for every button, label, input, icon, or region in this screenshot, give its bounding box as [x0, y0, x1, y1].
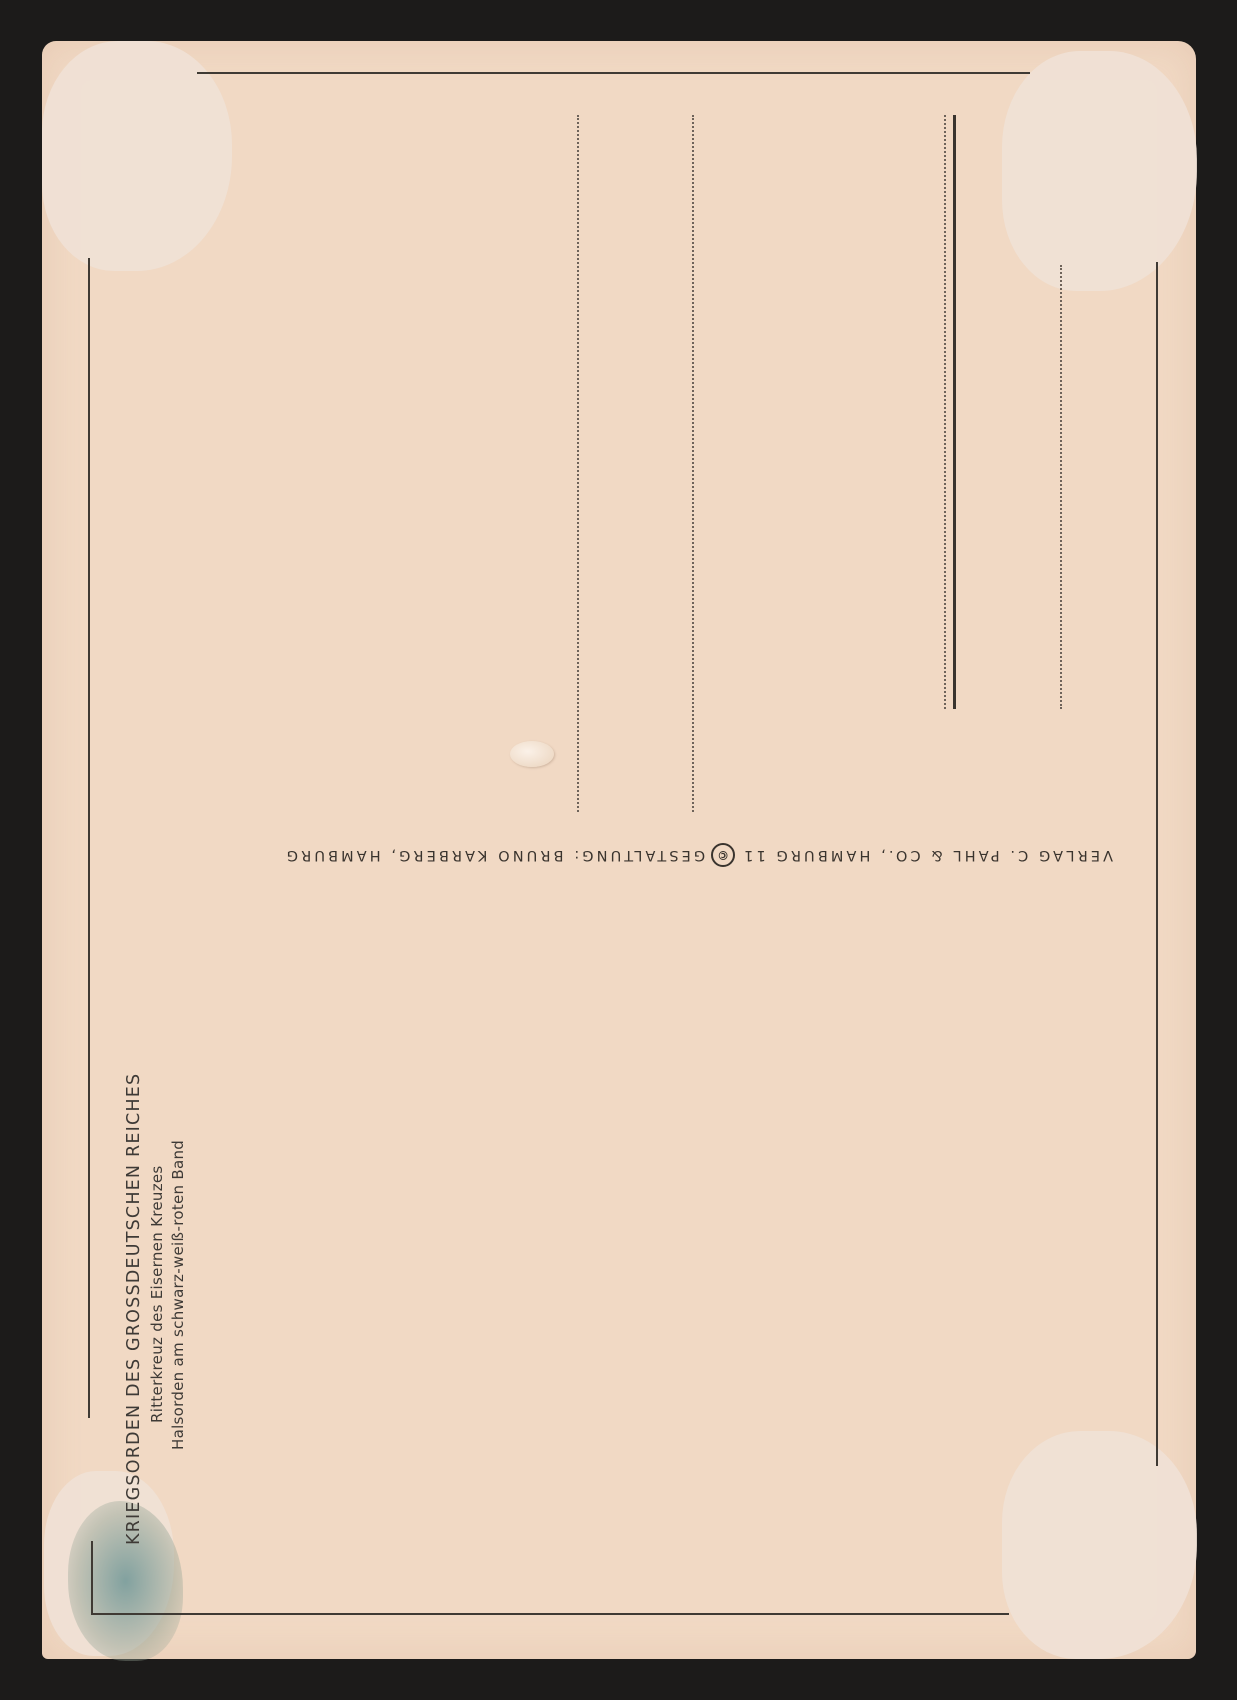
worn-corner-bottom-right: [1002, 1431, 1197, 1659]
border-left-upper: [88, 258, 90, 1418]
caption-subtitle-1: Ritterkreuz des Eisernen Kreuzes: [147, 1073, 168, 1545]
border-top: [197, 72, 1030, 74]
address-line-3: [944, 115, 946, 709]
caption-subtitle-2: Halsorden am schwarz-weiß-roten Band: [168, 1073, 189, 1545]
border-bottom: [91, 1613, 1009, 1615]
copyright-icon: ©: [711, 843, 735, 867]
caption-heading: KRIEGSORDEN DES GROSSDEUTSCHEN REICHES: [121, 1073, 147, 1545]
border-right: [1156, 262, 1158, 1466]
divider-line: [953, 115, 956, 709]
worn-corner-top-right: [1002, 51, 1197, 291]
card-caption: KRIEGSORDEN DES GROSSDEUTSCHEN REICHES R…: [121, 1073, 189, 1545]
address-line-4: [1060, 265, 1062, 709]
embossed-mark: [510, 741, 554, 767]
worn-corner-top-left: [42, 41, 232, 271]
publisher-text: VERLAG C. PAHL & CO., HAMBURG 11: [741, 843, 1113, 867]
address-line-2: [692, 115, 694, 812]
border-left-lower: [91, 1541, 93, 1614]
address-line-1: [577, 115, 579, 812]
designer-text: GESTALTUNG: BRUNO KARBERG, HAMBURG: [284, 843, 705, 867]
publisher-line: VERLAG C. PAHL & CO., HAMBURG 11 © GESTA…: [133, 843, 1113, 867]
